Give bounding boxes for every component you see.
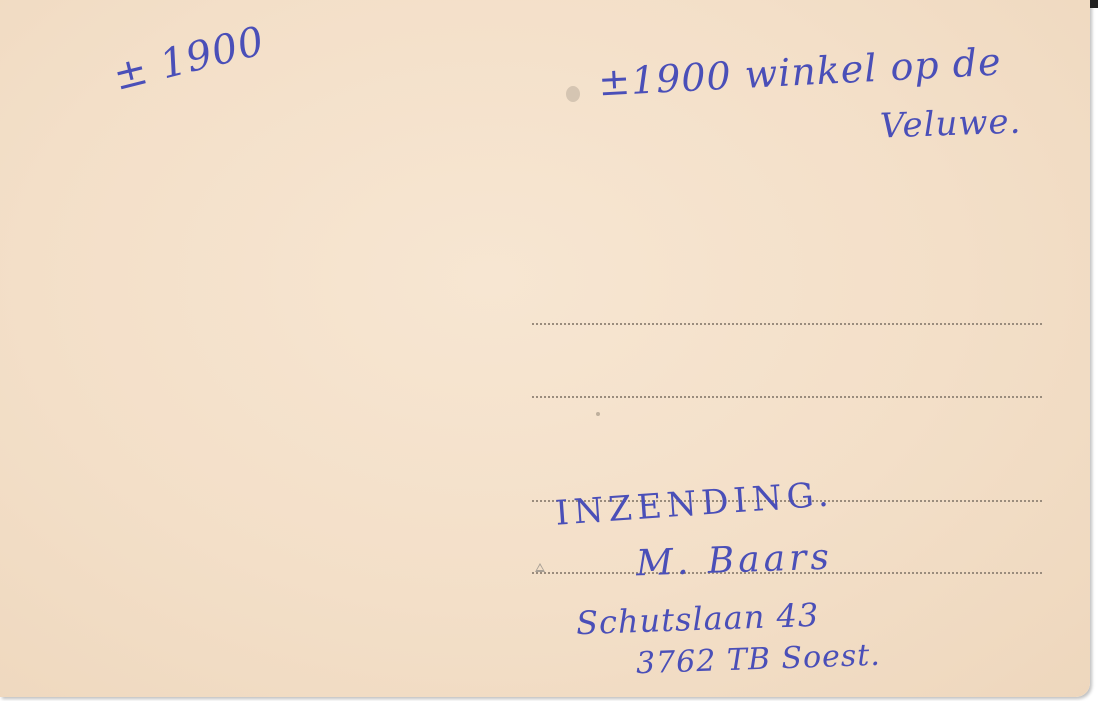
dot-mark (596, 412, 600, 416)
date-note-top-left: ± 1900 (109, 18, 270, 100)
address-line-1 (532, 323, 1042, 325)
submission-label: INZENDING. (554, 474, 835, 533)
scan-edge (1090, 0, 1098, 8)
postcard-back: ± 1900 ±1900 winkel op de Veluwe. INZEND… (0, 0, 1090, 697)
triangle-icon (535, 563, 545, 572)
caption-note-line2: Veluwe. (879, 102, 1022, 147)
submitter-street: Schutslaan 43 (575, 596, 819, 642)
stain-mark (566, 86, 580, 102)
submitter-postcode-city: 3762 TB Soest. (635, 638, 881, 682)
caption-note-line1: ±1900 winkel op de (597, 39, 1002, 104)
address-line-2 (532, 396, 1042, 398)
submitter-name: M. Baars (635, 537, 833, 585)
